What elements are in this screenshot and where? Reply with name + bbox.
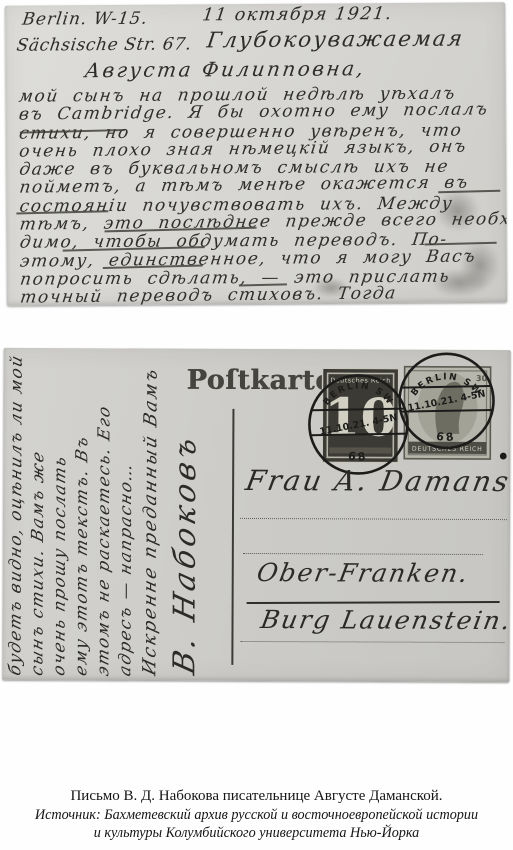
book-page: Berlin. W-15. 11 октября 1921. Sächsisch… [0,0,513,850]
ink-dot [500,453,507,460]
caption-title: Письмо В. Д. Набокова писательнице Авгус… [0,786,513,806]
handwriting-line: ему этотъ текстъ. Въ [70,348,93,678]
address-divider-line [231,409,234,665]
caption-source-line-1: Источник: Бахметевский архив русской и в… [0,806,513,824]
handwriting-line: будетъ видно, оцѣнилъ ли мой [4,348,27,678]
handwriting-line: Искренне преданный Вамъ [136,348,165,679]
address-line-place: Burg Lauenstein. [258,605,510,635]
caption-source-line-2: и культуры Колумбийского университета Нь… [0,824,513,842]
photo-postcard-address-side: будетъ видно, оцѣнилъ ли мойсынъ стихи. … [2,348,510,682]
sender-address-line-2: Sächsische Str. 67. [15,34,193,55]
address-rule-dotted [240,641,504,643]
handwriting-line: сынъ стихи. Вамъ же [26,348,49,678]
photo-postcard-message-side: Berlin. W-15. 11 октября 1921. Sächsisch… [5,2,507,305]
rotated-handwriting-block: будетъ видно, оцѣнилъ ли мойсынъ стихи. … [4,350,207,679]
ink-underline-stroke [247,601,500,604]
handwriting-line: адресъ — напрасно… [114,348,137,679]
address-line-recipient: Frau A. Damansky, [243,464,511,498]
sender-address-line-1: Berlin. W-15. [21,9,149,30]
address-rule-dotted [243,553,483,555]
salutation-line-1: Глубокоуважаемая [205,27,465,54]
figure-caption: Письмо В. Д. Набокова писательнице Авгус… [0,786,513,842]
address-line-region: Ober-Franken. [255,558,472,588]
handwriting-line: этомъ не раскаетесь. Его [92,348,115,678]
address-rule-dotted [240,518,507,520]
salutation-line-2: Августа Филипповна, [83,56,367,82]
handwriting-line: очень прошу послать [48,348,71,678]
letter-date: 11 октября 1921. [201,4,394,25]
handwriting-line: В. Набоковъ [164,348,207,679]
